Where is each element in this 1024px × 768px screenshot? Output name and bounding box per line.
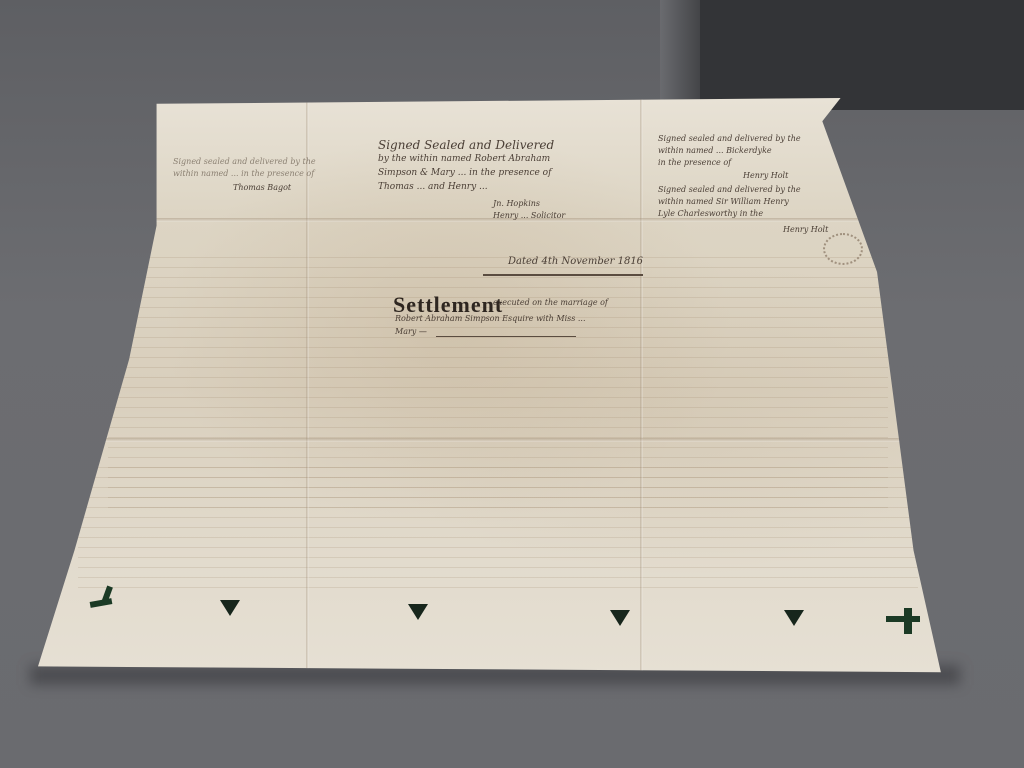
attestation-line: Signed sealed and delivered by the xyxy=(658,133,848,145)
parchment-sheet: Signed sealed and delivered by the withi… xyxy=(38,98,950,678)
attestation-line: within named ... Bickerdyke xyxy=(658,145,848,157)
attestation-line: Thomas ... and Henry ... xyxy=(378,180,608,194)
witness-top-right-2: Henry Holt xyxy=(783,224,828,236)
witness-top-right-1: Henry Holt xyxy=(743,170,788,182)
fold-line xyxy=(306,98,309,678)
signature: Henry ... Solicitor xyxy=(493,210,565,222)
green-ribbon-tab xyxy=(886,616,920,622)
attestation-top-left: Signed sealed and delivered by the withi… xyxy=(173,156,373,180)
attestation-line: within named Sir William Henry xyxy=(658,196,858,208)
signature: Jn. Hopkins xyxy=(493,198,565,210)
faint-text-block xyxy=(78,458,918,588)
fold-line xyxy=(640,98,643,678)
attestation-top-center: Signed Sealed and Delivered by the withi… xyxy=(378,138,608,194)
settlement-document: Signed sealed and delivered by the withi… xyxy=(38,98,950,678)
title-subtitle-1: executed on the marriage of xyxy=(493,297,608,309)
attestation-line: within named ... in the presence of xyxy=(173,168,373,180)
title-subtitle-2: Robert Abraham Simpson Esquire with Miss… xyxy=(395,313,586,325)
seal-tab xyxy=(610,610,630,626)
attestation-line: Simpson & Mary ... in the presence of xyxy=(378,166,608,180)
attestation-line: Signed sealed and delivered by the xyxy=(173,156,373,168)
attestation-top-right-2: Signed sealed and delivered by the withi… xyxy=(658,184,858,220)
seal-tab xyxy=(220,600,240,616)
attestation-top-right-1: Signed sealed and delivered by the withi… xyxy=(658,133,848,169)
title-subtitle-3: Mary — xyxy=(395,326,427,338)
dark-backdrop xyxy=(700,0,1024,110)
wax-seal-impression xyxy=(823,233,863,265)
signature-top-left: Thomas Bagot xyxy=(233,182,291,194)
signatures-top-center: Jn. Hopkins Henry ... Solicitor xyxy=(493,198,565,222)
attestation-line: Signed sealed and delivered by the xyxy=(658,184,858,196)
docket-date: Dated 4th November 1816 xyxy=(508,256,643,267)
attestation-heading: Signed Sealed and Delivered xyxy=(378,138,608,152)
attestation-line: by the within named Robert Abraham xyxy=(378,152,608,166)
title-underline xyxy=(436,336,576,337)
green-ribbon-tab xyxy=(904,608,912,634)
seal-tab xyxy=(408,604,428,620)
fold-line xyxy=(38,438,950,442)
attestation-line: in the presence of xyxy=(658,157,848,169)
attestation-line: Lyle Charlesworthy in the xyxy=(658,208,858,220)
seal-tab xyxy=(784,610,804,626)
docket-underline xyxy=(483,274,643,276)
